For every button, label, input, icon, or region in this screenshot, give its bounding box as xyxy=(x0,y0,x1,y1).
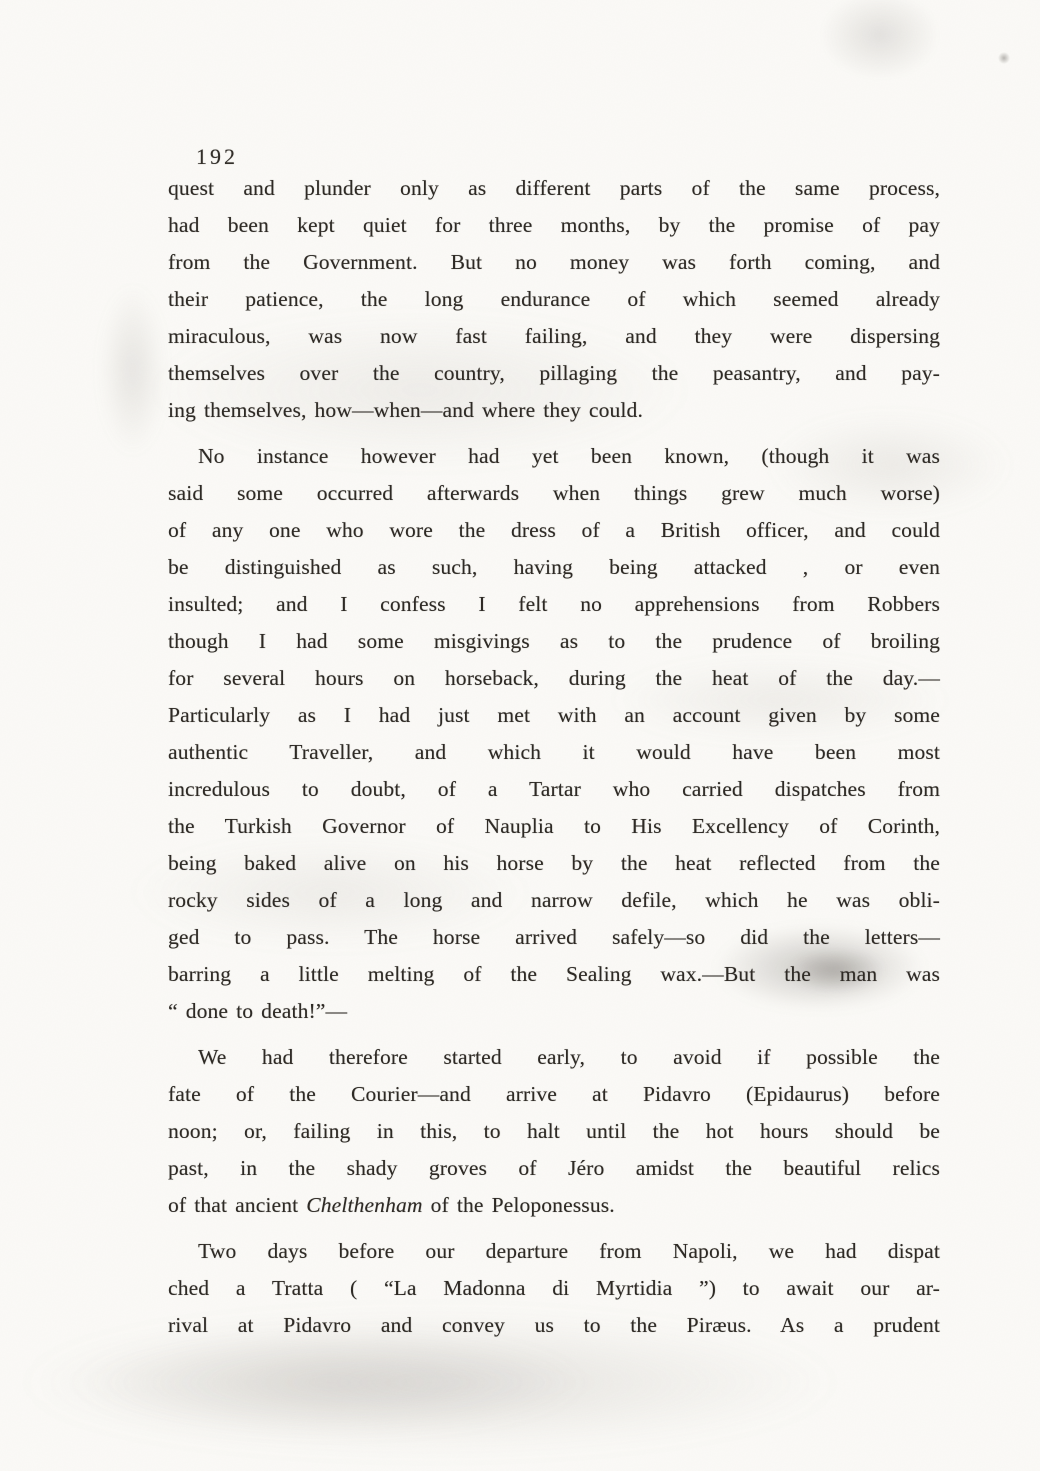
text-line: from the Government. But no money was fo… xyxy=(168,244,940,281)
text-line: their patience, the long endurance of wh… xyxy=(168,281,940,318)
text-line: fate of the Courier—and arrive at Pidavr… xyxy=(168,1076,940,1113)
text-line: ing themselves, how—when—and where they … xyxy=(168,392,940,429)
text-line: for several hours on horseback, during t… xyxy=(168,660,940,697)
text-line: Two days before our departure from Napol… xyxy=(168,1233,940,1270)
paragraph-4: Two days before our departure from Napol… xyxy=(168,1233,940,1344)
text-line: incredulous to doubt, of a Tartar who ca… xyxy=(168,771,940,808)
text-line: be distinguished as such, having being a… xyxy=(168,549,940,586)
text-line: authentic Traveller, and which it would … xyxy=(168,734,940,771)
paragraph-1: quest and plunder only as different part… xyxy=(168,170,940,429)
text-line: noon; or, failing in this, to halt until… xyxy=(168,1113,940,1150)
scan-smudge xyxy=(820,0,940,80)
text-line: though I had some misgivings as to the p… xyxy=(168,623,940,660)
text-line: We had therefore started early, to avoid… xyxy=(168,1039,940,1076)
scan-smudge xyxy=(100,285,165,455)
text-line: of that ancient Chelthenham of the Pelop… xyxy=(168,1187,940,1224)
text-line: insulted; and I confess I felt no appreh… xyxy=(168,586,940,623)
text-column: quest and plunder only as different part… xyxy=(168,170,940,1353)
text-line: quest and plunder only as different part… xyxy=(168,170,940,207)
text-line: had been kept quiet for three months, by… xyxy=(168,207,940,244)
text-line: ched a Tratta ( “La Madonna di Myrtidia … xyxy=(168,1270,940,1307)
italic-word: Chelthenham xyxy=(306,1193,422,1217)
text-segment: of that ancient xyxy=(168,1193,306,1217)
scanned-book-page: 192 quest and plunder only as different … xyxy=(0,0,1040,1471)
page-number: 192 xyxy=(196,144,238,170)
text-line: being baked alive on his horse by the he… xyxy=(168,845,940,882)
text-line: Particularly as I had just met with an a… xyxy=(168,697,940,734)
text-line: barring a little melting of the Sealing … xyxy=(168,956,940,993)
text-line: “ done to death!”— xyxy=(168,993,940,1030)
paragraph-3: We had therefore started early, to avoid… xyxy=(168,1039,940,1224)
text-segment: of the Peloponessus. xyxy=(423,1193,615,1217)
text-line: ged to pass. The horse arrived safely—so… xyxy=(168,919,940,956)
text-line: of any one who wore the dress of a Briti… xyxy=(168,512,940,549)
text-line: past, in the shady groves of Jéro amidst… xyxy=(168,1150,940,1187)
text-line: the Turkish Governor of Nauplia to His E… xyxy=(168,808,940,845)
text-line: themselves over the country, pillaging t… xyxy=(168,355,940,392)
text-line: rocky sides of a long and narrow defile,… xyxy=(168,882,940,919)
text-line: No instance however had yet been known, … xyxy=(168,438,940,475)
text-line: said some occurred afterwards when thing… xyxy=(168,475,940,512)
scan-smudge xyxy=(998,52,1010,64)
paragraph-2: No instance however had yet been known, … xyxy=(168,438,940,1030)
text-line: miraculous, was now fast failing, and th… xyxy=(168,318,940,355)
text-line: rival at Pidavro and convey us to the Pi… xyxy=(168,1307,940,1344)
